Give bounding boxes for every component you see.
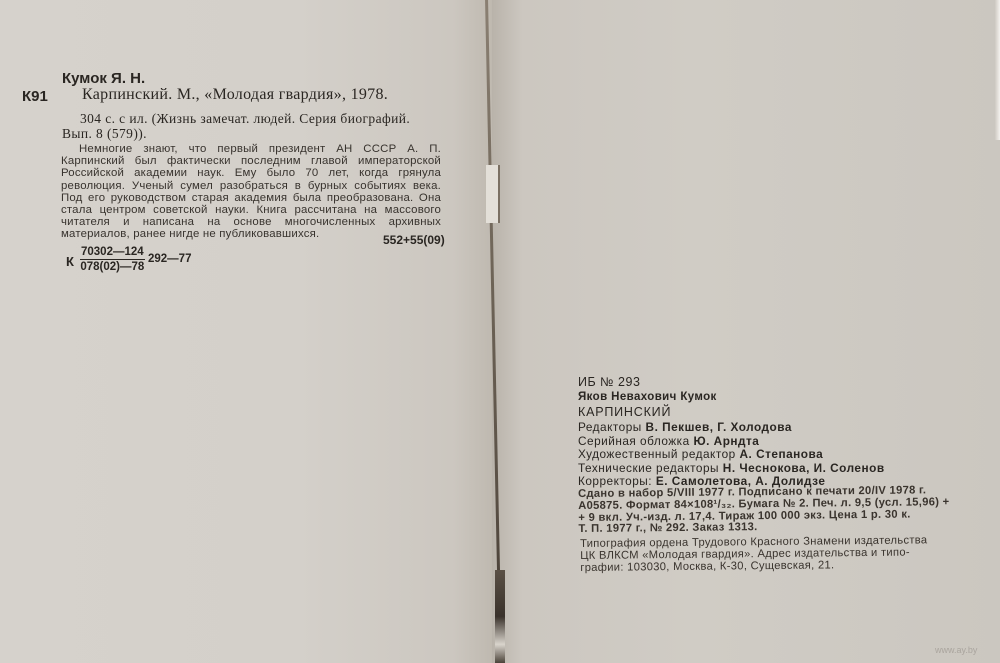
left-page: К91 Кумок Я. Н. Карпинский. М., «Молодая… — [0, 0, 492, 663]
ib-number: ИБ № 293 — [578, 375, 640, 389]
credit-row: Редакторы В. Пекшев, Г. Холодова — [578, 421, 885, 435]
bibliographic-title: Карпинский. М., «Молодая гвардия», 1978. — [82, 86, 388, 104]
spine-tear-bottom — [495, 570, 505, 663]
abstract-text: Немногие знают, что первый президент АН … — [61, 143, 441, 241]
book-spine — [484, 0, 506, 663]
credits-list: Редакторы В. Пекшев, Г. Холодова Серийна… — [578, 421, 885, 489]
credit-row: Технические редакторы Н. Чеснокова, И. С… — [578, 462, 885, 476]
page-edge — [995, 0, 1000, 140]
annotation-abstract: Немногие знают, что первый президент АН … — [61, 143, 441, 241]
spine-crease — [485, 0, 502, 663]
credit-row: Серийная обложка Ю. Арндта — [578, 435, 885, 449]
price-code-denominator: 078(02)—78 — [80, 260, 145, 273]
full-author-name: Яков Невахович Кумок — [578, 391, 717, 403]
price-code-suffix: 292—77 — [148, 253, 191, 265]
credit-row: Художественный редактор А. Степанова — [578, 448, 885, 462]
watermark: www.ay.by — [935, 645, 977, 655]
catalog-code: К91 — [22, 88, 48, 105]
price-code-prefix: К — [66, 254, 74, 269]
price-code-numerator: 70302—124 — [80, 246, 145, 260]
author-heading: Кумок Я. Н. — [62, 70, 145, 87]
price-code-fraction: 70302—124 078(02)—78 — [80, 246, 145, 273]
printing-imprint: Сдано в набор 5/VIII 1977 г. Подписано к… — [578, 485, 970, 536]
series-line-1: 304 с. с ил. (Жизнь замечат. людей. Сери… — [80, 111, 410, 127]
book-title: КАРПИНСКИЙ — [578, 405, 671, 419]
series-line-2: Вып. 8 (579)). — [62, 126, 147, 142]
printer-info: Типография ордена Трудового Красного Зна… — [580, 535, 975, 575]
spine-tear — [486, 165, 500, 223]
bbk-code: 552+55(09) — [383, 233, 445, 247]
